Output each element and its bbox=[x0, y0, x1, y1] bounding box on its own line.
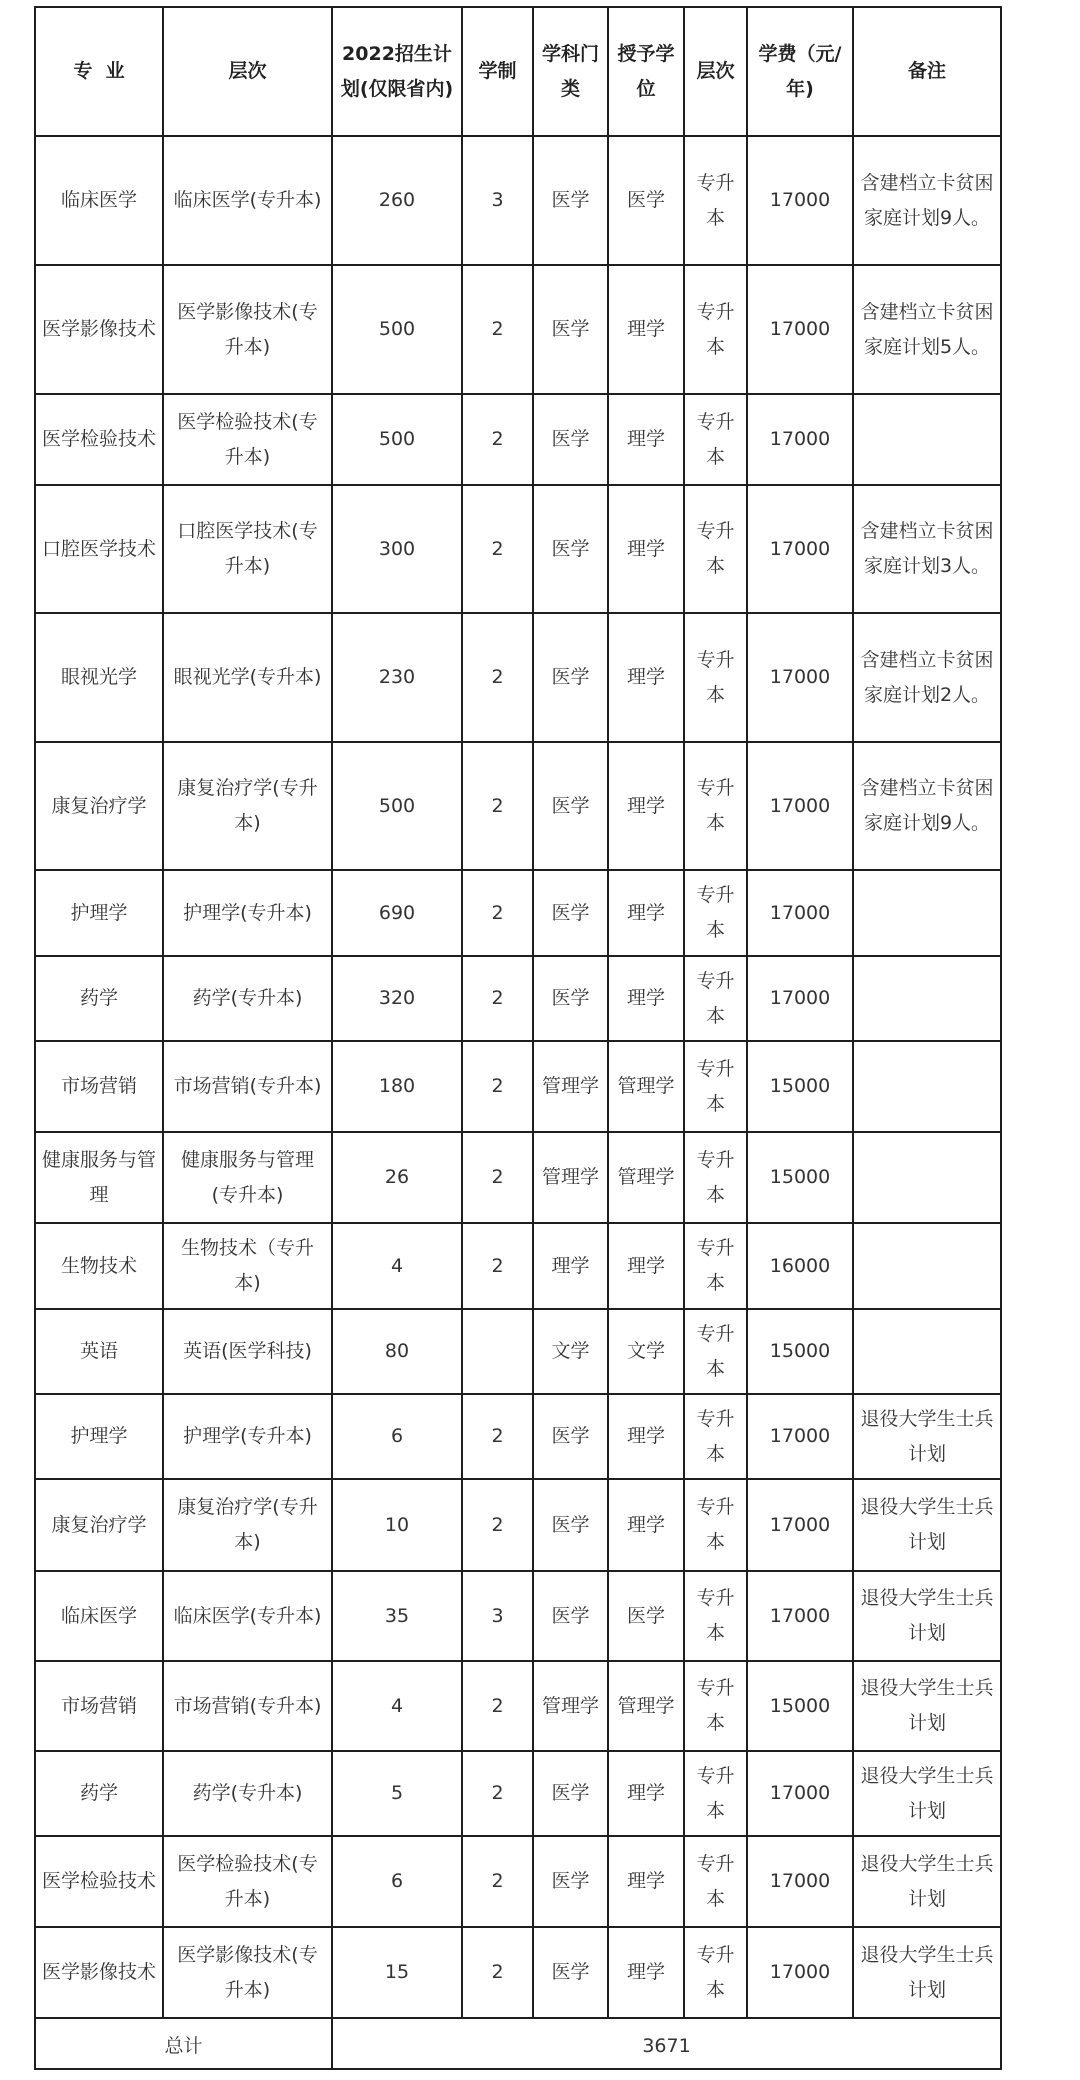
cell-note: 退役大学生士兵计划 bbox=[853, 1571, 1001, 1661]
header-years: 学制 bbox=[462, 7, 533, 136]
cell-tuition: 17000 bbox=[747, 1836, 853, 1927]
cell-plan: 320 bbox=[332, 956, 462, 1041]
cell-degree: 理学 bbox=[608, 1479, 684, 1571]
cell-level-name: 医学影像技术(专升本) bbox=[163, 265, 332, 394]
cell-level: 专升本 bbox=[684, 956, 747, 1041]
cell-years: 2 bbox=[462, 1836, 533, 1927]
cell-tuition: 17000 bbox=[747, 1751, 853, 1836]
cell-tuition: 15000 bbox=[747, 1132, 853, 1223]
cell-level-name: 市场营销(专升本) bbox=[163, 1661, 332, 1751]
cell-note: 含建档立卡贫困家庭计划9人。 bbox=[853, 136, 1001, 265]
cell-level-name: 护理学(专升本) bbox=[163, 870, 332, 956]
table-row: 康复治疗学康复治疗学(专升本)5002医学理学专升本17000含建档立卡贫困家庭… bbox=[35, 742, 1001, 870]
cell-years: 2 bbox=[462, 1223, 533, 1309]
table-row: 生物技术生物技术（专升本)42理学理学专升本16000 bbox=[35, 1223, 1001, 1309]
enrollment-plan-table-container: 专 业 层次 2022招生计划(仅限省内) 学制 学科门类 授予学位 层次 学费… bbox=[34, 6, 1002, 2070]
cell-tuition: 17000 bbox=[747, 742, 853, 870]
header-level: 层次 bbox=[684, 7, 747, 136]
cell-degree: 医学 bbox=[608, 1571, 684, 1661]
cell-plan: 26 bbox=[332, 1132, 462, 1223]
cell-years: 2 bbox=[462, 870, 533, 956]
cell-plan: 4 bbox=[332, 1223, 462, 1309]
cell-plan: 230 bbox=[332, 613, 462, 742]
table-row: 药学药学(专升本)3202医学理学专升本17000 bbox=[35, 956, 1001, 1041]
cell-note bbox=[853, 870, 1001, 956]
cell-level-name: 临床医学(专升本) bbox=[163, 136, 332, 265]
cell-plan: 15 bbox=[332, 1927, 462, 2018]
cell-note bbox=[853, 1132, 1001, 1223]
cell-category: 医学 bbox=[533, 1836, 608, 1927]
cell-years: 2 bbox=[462, 485, 533, 613]
cell-category: 医学 bbox=[533, 613, 608, 742]
cell-category: 医学 bbox=[533, 394, 608, 485]
cell-level-name: 康复治疗学(专升本) bbox=[163, 742, 332, 870]
cell-note bbox=[853, 1223, 1001, 1309]
cell-note bbox=[853, 394, 1001, 485]
table-row: 市场营销市场营销(专升本)1802管理学管理学专升本15000 bbox=[35, 1041, 1001, 1132]
header-level-name: 层次 bbox=[163, 7, 332, 136]
table-row: 健康服务与管理健康服务与管理(专升本)262管理学管理学专升本15000 bbox=[35, 1132, 1001, 1223]
cell-category: 医学 bbox=[533, 265, 608, 394]
table-row: 医学检验技术医学检验技术(专升本)5002医学理学专升本17000 bbox=[35, 394, 1001, 485]
cell-tuition: 15000 bbox=[747, 1661, 853, 1751]
cell-major: 护理学 bbox=[35, 870, 163, 956]
table-row: 眼视光学眼视光学(专升本)2302医学理学专升本17000含建档立卡贫困家庭计划… bbox=[35, 613, 1001, 742]
cell-level: 专升本 bbox=[684, 742, 747, 870]
cell-degree: 理学 bbox=[608, 956, 684, 1041]
cell-years: 2 bbox=[462, 1041, 533, 1132]
cell-category: 管理学 bbox=[533, 1661, 608, 1751]
cell-level-name: 医学检验技术(专升本) bbox=[163, 1836, 332, 1927]
cell-degree: 理学 bbox=[608, 1223, 684, 1309]
cell-tuition: 15000 bbox=[747, 1309, 853, 1394]
cell-plan: 500 bbox=[332, 742, 462, 870]
cell-level-name: 药学(专升本) bbox=[163, 956, 332, 1041]
cell-category: 医学 bbox=[533, 1394, 608, 1479]
cell-level: 专升本 bbox=[684, 1661, 747, 1751]
cell-tuition: 17000 bbox=[747, 485, 853, 613]
cell-years: 3 bbox=[462, 136, 533, 265]
cell-level-name: 医学影像技术(专升本) bbox=[163, 1927, 332, 2018]
cell-note: 退役大学生士兵计划 bbox=[853, 1927, 1001, 2018]
cell-years: 2 bbox=[462, 265, 533, 394]
cell-plan: 35 bbox=[332, 1571, 462, 1661]
table-header-row: 专 业 层次 2022招生计划(仅限省内) 学制 学科门类 授予学位 层次 学费… bbox=[35, 7, 1001, 136]
cell-note: 含建档立卡贫困家庭计划5人。 bbox=[853, 265, 1001, 394]
cell-note: 含建档立卡贫困家庭计划2人。 bbox=[853, 613, 1001, 742]
cell-level-name: 市场营销(专升本) bbox=[163, 1041, 332, 1132]
cell-level: 专升本 bbox=[684, 1836, 747, 1927]
cell-category: 医学 bbox=[533, 1479, 608, 1571]
cell-note: 退役大学生士兵计划 bbox=[853, 1394, 1001, 1479]
cell-note bbox=[853, 956, 1001, 1041]
cell-category: 医学 bbox=[533, 870, 608, 956]
cell-level-name: 健康服务与管理(专升本) bbox=[163, 1132, 332, 1223]
cell-tuition: 17000 bbox=[747, 870, 853, 956]
cell-level-name: 英语(医学科技) bbox=[163, 1309, 332, 1394]
cell-plan: 10 bbox=[332, 1479, 462, 1571]
cell-degree: 理学 bbox=[608, 742, 684, 870]
total-label: 总计 bbox=[35, 2018, 332, 2069]
cell-level-name: 护理学(专升本) bbox=[163, 1394, 332, 1479]
cell-plan: 500 bbox=[332, 394, 462, 485]
cell-years: 2 bbox=[462, 956, 533, 1041]
cell-category: 医学 bbox=[533, 485, 608, 613]
total-row: 总计 3671 bbox=[35, 2018, 1001, 2069]
header-major: 专 业 bbox=[35, 7, 163, 136]
cell-major: 康复治疗学 bbox=[35, 1479, 163, 1571]
cell-tuition: 17000 bbox=[747, 613, 853, 742]
cell-major: 医学检验技术 bbox=[35, 1836, 163, 1927]
cell-major: 口腔医学技术 bbox=[35, 485, 163, 613]
cell-level: 专升本 bbox=[684, 1927, 747, 2018]
cell-years: 2 bbox=[462, 1751, 533, 1836]
cell-degree: 理学 bbox=[608, 613, 684, 742]
cell-category: 管理学 bbox=[533, 1132, 608, 1223]
cell-level-name: 康复治疗学(专升本) bbox=[163, 1479, 332, 1571]
cell-major: 医学检验技术 bbox=[35, 394, 163, 485]
cell-tuition: 17000 bbox=[747, 956, 853, 1041]
cell-level-name: 口腔医学技术(专升本) bbox=[163, 485, 332, 613]
header-note: 备注 bbox=[853, 7, 1001, 136]
cell-note: 退役大学生士兵计划 bbox=[853, 1751, 1001, 1836]
cell-tuition: 17000 bbox=[747, 1394, 853, 1479]
cell-years: 2 bbox=[462, 1479, 533, 1571]
cell-tuition: 17000 bbox=[747, 1927, 853, 2018]
cell-note: 退役大学生士兵计划 bbox=[853, 1661, 1001, 1751]
enrollment-plan-table: 专 业 层次 2022招生计划(仅限省内) 学制 学科门类 授予学位 层次 学费… bbox=[34, 6, 1002, 2070]
cell-degree: 理学 bbox=[608, 1927, 684, 2018]
cell-major: 市场营销 bbox=[35, 1041, 163, 1132]
cell-years: 2 bbox=[462, 1927, 533, 2018]
cell-plan: 300 bbox=[332, 485, 462, 613]
cell-years: 2 bbox=[462, 1132, 533, 1223]
cell-level-name: 医学检验技术(专升本) bbox=[163, 394, 332, 485]
cell-degree: 理学 bbox=[608, 870, 684, 956]
cell-major: 药学 bbox=[35, 1751, 163, 1836]
cell-degree: 管理学 bbox=[608, 1041, 684, 1132]
table-row: 医学影像技术医学影像技术(专升本)5002医学理学专升本17000含建档立卡贫困… bbox=[35, 265, 1001, 394]
cell-level: 专升本 bbox=[684, 136, 747, 265]
table-row: 临床医学临床医学(专升本)353医学医学专升本17000退役大学生士兵计划 bbox=[35, 1571, 1001, 1661]
cell-degree: 管理学 bbox=[608, 1132, 684, 1223]
table-row: 临床医学临床医学(专升本)2603医学医学专升本17000含建档立卡贫困家庭计划… bbox=[35, 136, 1001, 265]
cell-level-name: 临床医学(专升本) bbox=[163, 1571, 332, 1661]
cell-note bbox=[853, 1041, 1001, 1132]
cell-years: 2 bbox=[462, 613, 533, 742]
table-row: 英语英语(医学科技)80文学文学专升本15000 bbox=[35, 1309, 1001, 1394]
cell-plan: 690 bbox=[332, 870, 462, 956]
cell-level: 专升本 bbox=[684, 485, 747, 613]
cell-level: 专升本 bbox=[684, 1571, 747, 1661]
cell-level: 专升本 bbox=[684, 1394, 747, 1479]
cell-plan: 6 bbox=[332, 1394, 462, 1479]
cell-category: 医学 bbox=[533, 1927, 608, 2018]
cell-note: 含建档立卡贫困家庭计划3人。 bbox=[853, 485, 1001, 613]
cell-plan: 6 bbox=[332, 1836, 462, 1927]
cell-level-name: 生物技术（专升本) bbox=[163, 1223, 332, 1309]
table-row: 口腔医学技术口腔医学技术(专升本)3002医学理学专升本17000含建档立卡贫困… bbox=[35, 485, 1001, 613]
cell-level: 专升本 bbox=[684, 613, 747, 742]
cell-degree: 医学 bbox=[608, 136, 684, 265]
cell-category: 医学 bbox=[533, 742, 608, 870]
cell-major: 护理学 bbox=[35, 1394, 163, 1479]
cell-level: 专升本 bbox=[684, 1041, 747, 1132]
cell-level-name: 药学(专升本) bbox=[163, 1751, 332, 1836]
table-row: 康复治疗学康复治疗学(专升本)102医学理学专升本17000退役大学生士兵计划 bbox=[35, 1479, 1001, 1571]
cell-note: 退役大学生士兵计划 bbox=[853, 1479, 1001, 1571]
table-row: 市场营销市场营销(专升本)42管理学管理学专升本15000退役大学生士兵计划 bbox=[35, 1661, 1001, 1751]
cell-level: 专升本 bbox=[684, 1751, 747, 1836]
cell-major: 医学影像技术 bbox=[35, 265, 163, 394]
cell-tuition: 17000 bbox=[747, 1479, 853, 1571]
cell-major: 临床医学 bbox=[35, 136, 163, 265]
cell-category: 医学 bbox=[533, 1751, 608, 1836]
cell-category: 管理学 bbox=[533, 1041, 608, 1132]
cell-major: 英语 bbox=[35, 1309, 163, 1394]
cell-years: 2 bbox=[462, 742, 533, 870]
cell-years: 3 bbox=[462, 1571, 533, 1661]
cell-plan: 5 bbox=[332, 1751, 462, 1836]
cell-level: 专升本 bbox=[684, 394, 747, 485]
cell-degree: 管理学 bbox=[608, 1661, 684, 1751]
cell-years: 2 bbox=[462, 1394, 533, 1479]
header-tuition: 学费（元/年) bbox=[747, 7, 853, 136]
cell-degree: 文学 bbox=[608, 1309, 684, 1394]
cell-degree: 理学 bbox=[608, 394, 684, 485]
cell-plan: 180 bbox=[332, 1041, 462, 1132]
cell-major: 眼视光学 bbox=[35, 613, 163, 742]
cell-tuition: 15000 bbox=[747, 1041, 853, 1132]
cell-category: 文学 bbox=[533, 1309, 608, 1394]
cell-category: 医学 bbox=[533, 956, 608, 1041]
cell-years: 2 bbox=[462, 1661, 533, 1751]
header-category: 学科门类 bbox=[533, 7, 608, 136]
cell-major: 药学 bbox=[35, 956, 163, 1041]
cell-level: 专升本 bbox=[684, 1479, 747, 1571]
cell-degree: 理学 bbox=[608, 1751, 684, 1836]
cell-degree: 理学 bbox=[608, 485, 684, 613]
cell-degree: 理学 bbox=[608, 1836, 684, 1927]
cell-years: 2 bbox=[462, 394, 533, 485]
cell-tuition: 17000 bbox=[747, 394, 853, 485]
table-row: 护理学护理学(专升本)62医学理学专升本17000退役大学生士兵计划 bbox=[35, 1394, 1001, 1479]
cell-plan: 260 bbox=[332, 136, 462, 265]
cell-note: 含建档立卡贫困家庭计划9人。 bbox=[853, 742, 1001, 870]
table-row: 医学影像技术医学影像技术(专升本)152医学理学专升本17000退役大学生士兵计… bbox=[35, 1927, 1001, 2018]
cell-note: 退役大学生士兵计划 bbox=[853, 1836, 1001, 1927]
cell-major: 康复治疗学 bbox=[35, 742, 163, 870]
cell-major: 健康服务与管理 bbox=[35, 1132, 163, 1223]
total-value: 3671 bbox=[332, 2018, 1001, 2069]
cell-degree: 理学 bbox=[608, 265, 684, 394]
cell-major: 临床医学 bbox=[35, 1571, 163, 1661]
cell-category: 医学 bbox=[533, 1571, 608, 1661]
cell-level: 专升本 bbox=[684, 1132, 747, 1223]
header-degree: 授予学位 bbox=[608, 7, 684, 136]
cell-level: 专升本 bbox=[684, 265, 747, 394]
table-body: 临床医学临床医学(专升本)2603医学医学专升本17000含建档立卡贫困家庭计划… bbox=[35, 136, 1001, 2069]
cell-category: 理学 bbox=[533, 1223, 608, 1309]
cell-level: 专升本 bbox=[684, 1223, 747, 1309]
cell-major: 医学影像技术 bbox=[35, 1927, 163, 2018]
cell-category: 医学 bbox=[533, 136, 608, 265]
cell-tuition: 17000 bbox=[747, 1571, 853, 1661]
table-row: 护理学护理学(专升本)6902医学理学专升本17000 bbox=[35, 870, 1001, 956]
cell-level: 专升本 bbox=[684, 1309, 747, 1394]
cell-tuition: 16000 bbox=[747, 1223, 853, 1309]
cell-tuition: 17000 bbox=[747, 265, 853, 394]
cell-plan: 4 bbox=[332, 1661, 462, 1751]
cell-tuition: 17000 bbox=[747, 136, 853, 265]
cell-years bbox=[462, 1309, 533, 1394]
cell-level-name: 眼视光学(专升本) bbox=[163, 613, 332, 742]
cell-major: 市场营销 bbox=[35, 1661, 163, 1751]
cell-plan: 500 bbox=[332, 265, 462, 394]
cell-level: 专升本 bbox=[684, 870, 747, 956]
cell-plan: 80 bbox=[332, 1309, 462, 1394]
table-row: 医学检验技术医学检验技术(专升本)62医学理学专升本17000退役大学生士兵计划 bbox=[35, 1836, 1001, 1927]
table-row: 药学药学(专升本)52医学理学专升本17000退役大学生士兵计划 bbox=[35, 1751, 1001, 1836]
header-plan: 2022招生计划(仅限省内) bbox=[332, 7, 462, 136]
cell-degree: 理学 bbox=[608, 1394, 684, 1479]
cell-note bbox=[853, 1309, 1001, 1394]
cell-major: 生物技术 bbox=[35, 1223, 163, 1309]
